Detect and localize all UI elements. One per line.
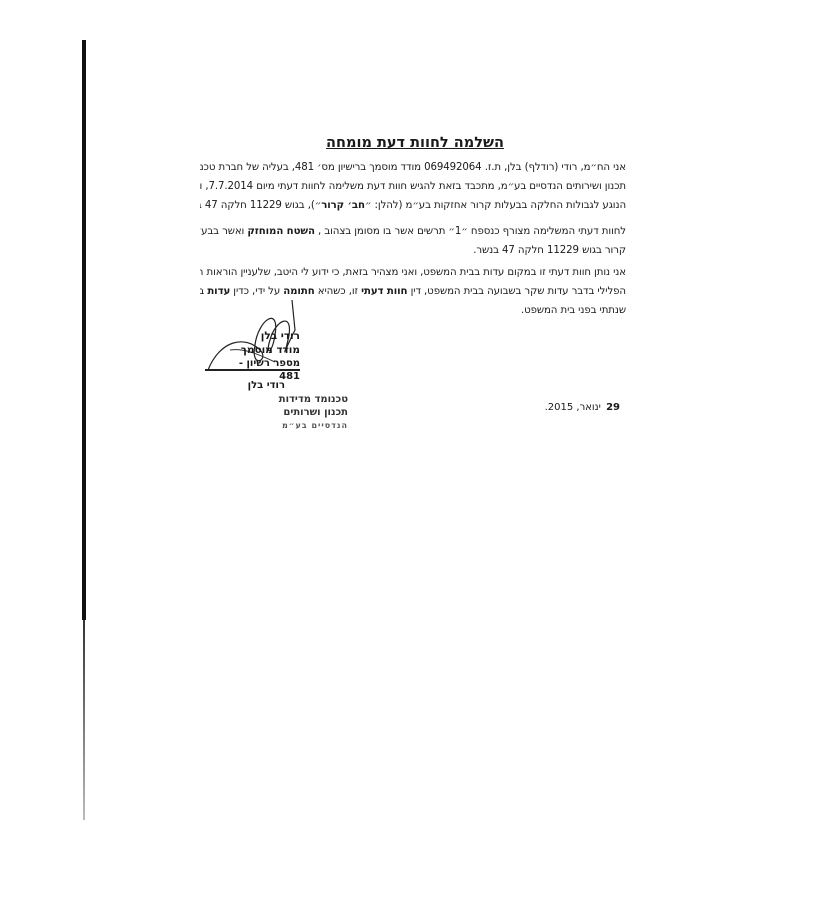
- paragraph-line: לחוות דעתי המשלימה מצורף כנספח ״1״ תרשים…: [200, 222, 626, 241]
- paragraph-line: אני הח״מ, רודי (רודלף) בלן, ת.ז. 0694920…: [200, 158, 626, 177]
- paragraph-line: קרור בגוש 11229 חלקה 47 בנשר.: [200, 241, 626, 260]
- paragraph-appendix: לחוות דעתי המשלימה מצורף כנספח ״1״ תרשים…: [200, 222, 626, 260]
- stamp-title: מודד מוסמך: [230, 344, 300, 357]
- paragraph-declaration: אני הח״מ, רודי (רודלף) בלן, ת.ז. 0694920…: [200, 158, 626, 215]
- company-line: טכנומד מדידות: [268, 393, 348, 406]
- stamp-name: רודי בלן: [230, 330, 300, 343]
- scan-margin-bar-fade: [83, 620, 85, 820]
- paragraph-line: תכנון ושירותים הנדסיים בע״מ, מתכבד בזאת …: [200, 177, 626, 196]
- signer-name: רודי בלן: [225, 380, 285, 391]
- paragraph-line: הנוגע לגבולות החלקה בבעלות קרור אחזקות ב…: [200, 196, 626, 215]
- paragraph-line: הפלילי בדבר עדות שקר בשבועה בבית המשפט, …: [200, 282, 626, 301]
- company-line: תכנון ושרותים: [268, 406, 348, 419]
- date-text: ינואר, 2015.: [545, 402, 601, 413]
- document-date: 29 ינואר, 2015.: [520, 402, 620, 413]
- scan-margin-bar: [82, 40, 86, 620]
- paragraph-line: אני נותן חוות דעתי זו במקום עדות בבית המ…: [200, 263, 626, 282]
- document-title: השלמה לחוות דעת מומחה: [200, 135, 630, 151]
- handwritten-day-mark: 29: [606, 402, 620, 413]
- company-line: הנדסיים בע״מ: [268, 419, 348, 432]
- company-stamp: טכנומד מדידות תכנון ושרותים הנדסיים בע״מ: [268, 393, 348, 432]
- signature-line: [205, 369, 300, 371]
